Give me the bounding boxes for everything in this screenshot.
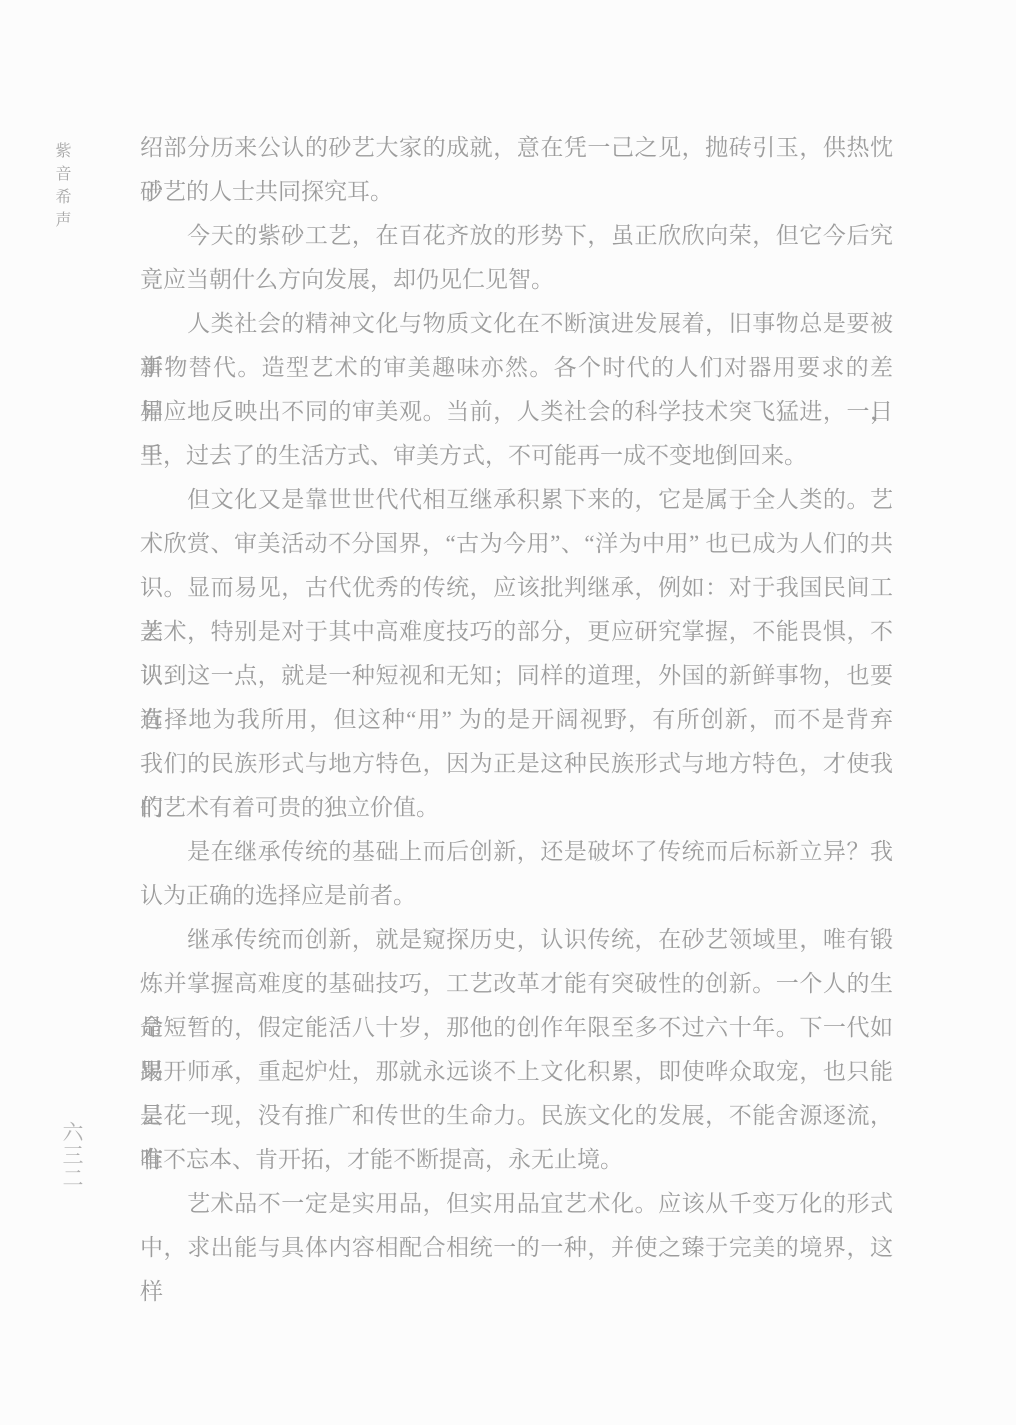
text-line: 选择地为我所用，但这种“用” 为的是开阔视野，有所创新，而不是背弃 <box>140 698 893 742</box>
text-line: 但文化又是靠世世代代相互继承积累下来的，它是属于全人类的。艺 <box>140 478 893 522</box>
text-line: 今天的紫砂工艺，在百花齐放的形势下，虽正欣欣向荣，但它今后究 <box>140 214 893 258</box>
text-line: 有不忘本、肯开拓，才能不断提高，永无止境。 <box>140 1138 893 1182</box>
text-line: 继承传统而创新，就是窥探历史，认识传统，在砂艺领域里，唯有锻 <box>140 918 893 962</box>
text-line: 事物替代。造型艺术的审美趣味亦然。各个时代的人们对器用要求的差异， <box>140 346 893 390</box>
text-line: 绍部分历来公认的砂艺大家的成就，意在凭一己之见，抛砖引玉，供热忱于 <box>140 126 893 170</box>
text-line: 认为正确的选择应是前者。 <box>140 874 893 918</box>
text-line: 我们的民族形式与地方特色，因为正是这种民族形式与地方特色，才使我们 <box>140 742 893 786</box>
scanned-book-page: 紫音希声 六三二 绍部分历来公认的砂艺大家的成就，意在凭一己之见，抛砖引玉，供热… <box>0 0 1016 1425</box>
text-line: 术欣赏、审美活动不分国界，“古为今用”、“洋为中用” 也已成为人们的共 <box>140 522 893 566</box>
text-line: 竟应当朝什么方向发展，却仍见仁见智。 <box>140 258 893 302</box>
page-number: 六三二 <box>57 1121 87 1190</box>
text-line: 炼并掌握高难度的基础技巧，工艺改革才能有突破性的创新。一个人的生命 <box>140 962 893 1006</box>
text-line: 中，求出能与具体内容相配合相统一的一种，并使之臻于完美的境界，这样 <box>140 1226 893 1270</box>
margin-book-title: 紫音希声 <box>50 142 73 234</box>
body-text-block: 绍部分历来公认的砂艺大家的成就，意在凭一己之见，抛砖引玉，供热忱于 砂艺的人士共… <box>140 126 893 1270</box>
text-line: 踢开师承，重起炉灶，那就永远谈不上文化积累，即使哗众取宠，也只能是 <box>140 1050 893 1094</box>
text-line: 相应地反映出不同的审美观。当前，人类社会的科学技术突飞猛进，一日千 <box>140 390 893 434</box>
text-line: 的艺术有着可贵的独立价值。 <box>140 786 893 830</box>
text-line: 是短暂的，假定能活八十岁，那他的创作年限至多不过六十年。下一代如果 <box>140 1006 893 1050</box>
text-line: 人类社会的精神文化与物质文化在不断演进发展着，旧事物总是要被新 <box>140 302 893 346</box>
text-line: 艺术品不一定是实用品，但实用品宜艺术化。应该从千变万化的形式 <box>140 1182 893 1226</box>
text-line: 是在继承传统的基础上而后创新，还是破坏了传统而后标新立异？我 <box>140 830 893 874</box>
text-line: 识。显而易见，古代优秀的传统，应该批判继承，例如：对于我国民间工艺 <box>140 566 893 610</box>
text-line: 砂艺的人士共同探究耳。 <box>140 170 893 214</box>
text-line: 昙花一现，没有推广和传世的生命力。民族文化的发展，不能舍源逐流，唯 <box>140 1094 893 1138</box>
text-line: 识到这一点，就是一种短视和无知；同样的道理，外国的新鲜事物，也要有 <box>140 654 893 698</box>
text-line: 里，过去了的生活方式、审美方式，不可能再一成不变地倒回来。 <box>140 434 893 478</box>
text-line: 美术，特别是对于其中高难度技巧的部分，更应研究掌握，不能畏惧，不认 <box>140 610 893 654</box>
